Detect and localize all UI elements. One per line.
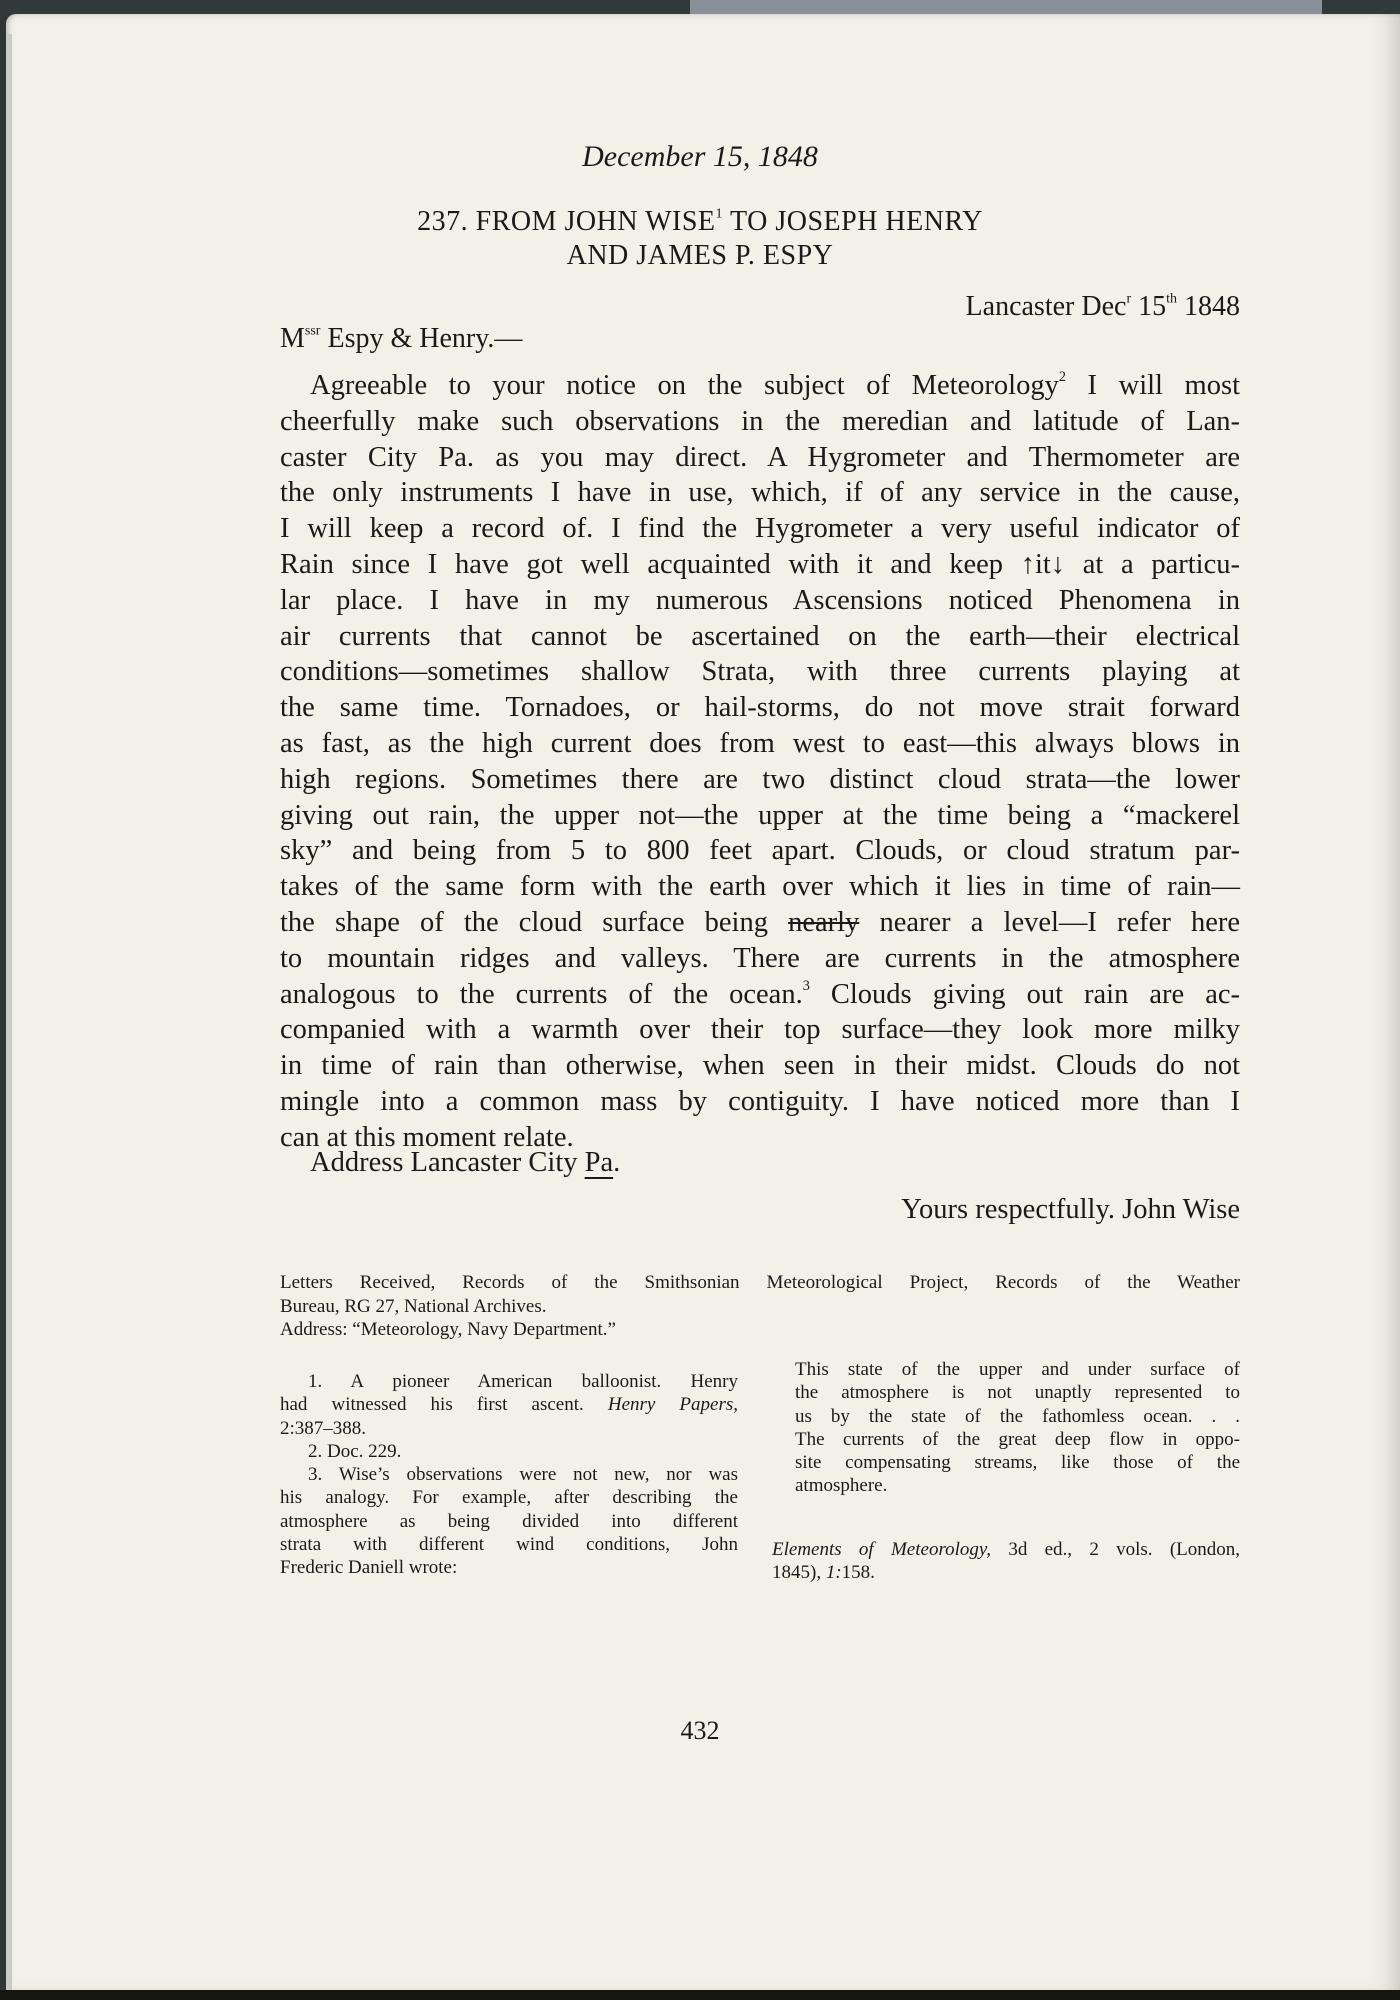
body-line: companied with a warmth over their top s… <box>280 1012 1240 1048</box>
scan-background-bottom <box>0 1990 1400 2000</box>
day-superscript: th <box>1166 291 1177 306</box>
document-title: 237. FROM JOHN WISE1 TO JOSEPH HENRY AND… <box>0 205 1400 273</box>
document-title-line-2: AND JAMES P. ESPY <box>0 239 1400 273</box>
body-text: Agreeable to your notice on the subject … <box>310 370 1059 401</box>
body-line: the same time. Tornadoes, or hail-storms… <box>280 690 1240 726</box>
citation-line: Elements of Meteorology, 3d ed., 2 vols.… <box>772 1538 1240 1561</box>
footnote-1-cont: 2:387–388. <box>280 1417 738 1440</box>
title-to: TO JOSEPH HENRY <box>723 206 983 237</box>
citation-line: 1845), 1:158. <box>772 1561 1240 1584</box>
footnote-3-quotation: This state of the upper and under surfac… <box>795 1358 1240 1498</box>
closing-signature: Yours respectfully. John Wise <box>901 1192 1240 1228</box>
footnote-3-cont: strata with different wind conditions, J… <box>280 1533 738 1556</box>
source-note: Letters Received, Records of the Smithso… <box>280 1271 1240 1342</box>
body-text: nearer a level—I refer here <box>859 907 1240 938</box>
place: Lancaster Dec <box>966 291 1127 322</box>
salutation: Mssr Espy & Henry.— <box>280 322 522 356</box>
footnote-3: 3. Wise’s observations were not new, nor… <box>280 1463 738 1486</box>
footnotes-left-column: 1. A pioneer American balloonist. Henry … <box>280 1358 738 1580</box>
citation-volume: 1: <box>826 1562 842 1583</box>
citation-text: 1845), <box>772 1562 826 1583</box>
source-line: Address: “Meteorology, Navy Department.” <box>280 1318 1240 1342</box>
footnote-ref-3: 3 <box>803 978 810 994</box>
page-stack-edge <box>6 34 12 1994</box>
footnote-ref-1: 1 <box>716 206 724 221</box>
source-line: Letters Received, Records of the Smithso… <box>280 1271 1240 1295</box>
body-text: I will most <box>1066 370 1240 401</box>
footnote-3-cont: his analogy. For example, after describi… <box>280 1486 738 1509</box>
body-line: the only instruments I have in use, whic… <box>280 475 1240 511</box>
address-underlined: Pa <box>585 1147 614 1178</box>
footnote-1: 1. A pioneer American balloonist. Henry <box>280 1370 738 1393</box>
body-line: caster City Pa. as you may direct. A Hyg… <box>280 440 1240 476</box>
body-line: Rain since I have got well acquainted wi… <box>280 547 1240 583</box>
footnote-text: had witnessed his first ascent. <box>280 1394 608 1415</box>
footnote-3-cont: atmosphere as being divided into differe… <box>280 1510 738 1533</box>
body-line: sky” and being from 5 to 800 feet apart.… <box>280 833 1240 869</box>
body-line: giving out rain, the upper not—the upper… <box>280 798 1240 834</box>
body-text: analogous to the currents of the ocean. <box>280 979 803 1010</box>
quote-line: site compensating streams, like those of… <box>795 1451 1240 1474</box>
salutation-superscript: ssr <box>305 323 321 338</box>
document-number: 237. <box>417 206 468 237</box>
day: 15 <box>1131 291 1166 322</box>
citation-page: 158. <box>842 1562 875 1583</box>
body-line: takes of the same form with the earth ov… <box>280 869 1240 905</box>
struck-word: nearly <box>788 907 859 938</box>
quote-line: us by the state of the fathomless ocean.… <box>795 1405 1240 1428</box>
body-line: Agreeable to your notice on the subject … <box>280 368 1240 404</box>
title-from: FROM JOHN WISE <box>476 206 716 237</box>
body-line: as fast, as the high current does from w… <box>280 726 1240 762</box>
address-punct: . <box>613 1147 620 1178</box>
place-date-line: Lancaster Decr 15th 1848 <box>966 290 1240 324</box>
page-number: 432 <box>0 1716 1400 1746</box>
quote-line: This state of the upper and under surfac… <box>795 1358 1240 1381</box>
citation-title: Elements of Meteorology, <box>772 1539 991 1560</box>
body-line: cheerfully make such observations in the… <box>280 404 1240 440</box>
address-text: Address Lancaster City <box>310 1147 585 1178</box>
running-head: December 15, 1848 <box>0 140 1400 174</box>
body-line: I will keep a record of. I find the Hygr… <box>280 511 1240 547</box>
footnote-2: 2. Doc. 229. <box>280 1440 738 1463</box>
quote-line: atmosphere. <box>795 1474 1240 1497</box>
body-line: analogous to the currents of the ocean.3… <box>280 977 1240 1013</box>
body-line: to mountain ridges and valleys. There ar… <box>280 941 1240 977</box>
document-title-line-1: 237. FROM JOHN WISE1 TO JOSEPH HENRY <box>0 205 1400 239</box>
salutation-text: Espy & Henry.— <box>320 323 522 354</box>
body-line: mingle into a common mass by contiguity.… <box>280 1084 1240 1120</box>
body-line: air currents that cannot be ascertained … <box>280 619 1240 655</box>
address-line: Address Lancaster City Pa. <box>310 1145 620 1181</box>
footnote-3-cont: Frederic Daniell wrote: <box>280 1556 738 1579</box>
body-line: lar place. I have in my numerous Ascensi… <box>280 583 1240 619</box>
footnote-1-cont: had witnessed his first ascent. Henry Pa… <box>280 1393 738 1416</box>
body-line: the shape of the cloud surface being nea… <box>280 905 1240 941</box>
footnote-3-citation: Elements of Meteorology, 3d ed., 2 vols.… <box>772 1538 1240 1585</box>
body-text: the shape of the cloud surface being <box>280 907 788 938</box>
quote-line: The currents of the great deep flow in o… <box>795 1428 1240 1451</box>
body-text: Clouds giving out rain are ac- <box>810 979 1240 1010</box>
salutation-prefix: M <box>280 323 305 354</box>
body-line: in time of rain than otherwise, when see… <box>280 1048 1240 1084</box>
footnote-italic-title: Henry Papers, <box>608 1394 738 1415</box>
year: 1848 <box>1177 291 1240 322</box>
source-line: Bureau, RG 27, National Archives. <box>280 1295 1240 1319</box>
quote-line: the atmosphere is not unaptly represente… <box>795 1381 1240 1404</box>
citation-text: 3d ed., 2 vols. (London, <box>991 1539 1240 1560</box>
letter-body: Agreeable to your notice on the subject … <box>280 368 1240 1156</box>
footnote-ref-2: 2 <box>1059 369 1066 385</box>
body-line: high regions. Sometimes there are two di… <box>280 762 1240 798</box>
body-line: conditions—sometimes shallow Strata, wit… <box>280 654 1240 690</box>
